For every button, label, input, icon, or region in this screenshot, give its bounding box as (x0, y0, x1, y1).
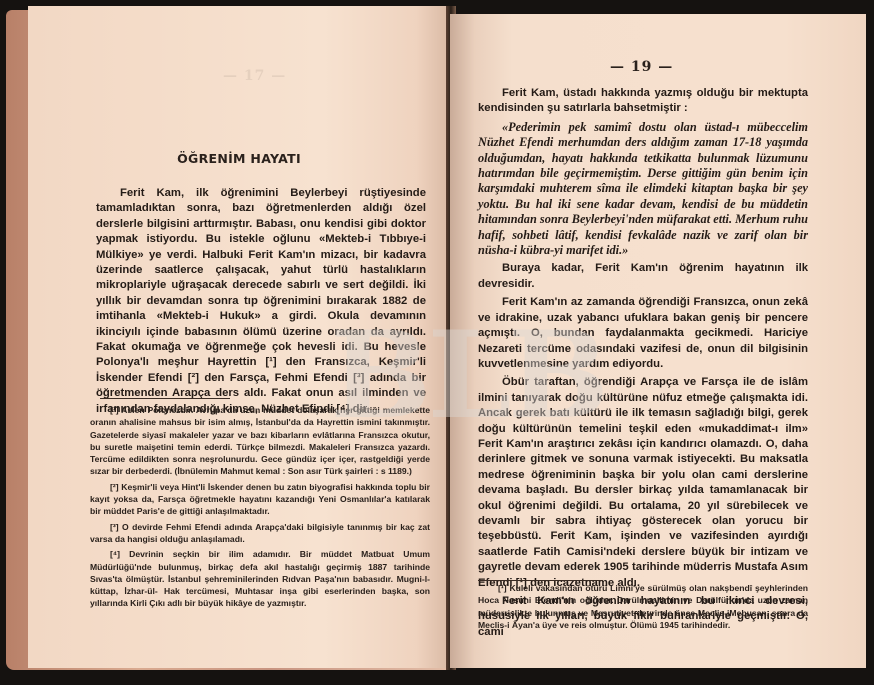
footnote-1: [¹] Kuleli vakasından ötürü Limni'ye sür… (478, 582, 808, 631)
left-footnotes: [¹] Aslen Polonezdir. Avrupa'da uzun müd… (90, 404, 430, 613)
paragraph: Ferit Kam, üstadı hakkında yazmış olduğu… (478, 86, 808, 117)
paragraph: Ferit Kam'ın az zamanda öğrendiği Fransı… (478, 295, 808, 372)
footnote-4: [⁴] Devrinin seçkin bir ilim adamıdır. B… (90, 548, 430, 609)
footnote-rule (100, 398, 230, 399)
left-page: — 17 — ÖĞRENİM HAYATI Ferit Kam, ilk öğr… (28, 6, 450, 668)
quote-paragraph: «Pederimin pek samimî dostu olan üstad-ı… (478, 120, 808, 259)
footnote-1: [¹] Aslen Polonezdir. Avrupa'da uzun müd… (90, 404, 430, 478)
right-page: — 19 — Ferit Kam, üstadı hakkında yazmış… (450, 14, 866, 668)
page-number: — 19 — (610, 59, 673, 75)
paragraph: Buraya kadar, Ferit Kam'ın öğrenim hayat… (478, 261, 808, 292)
chapter-title: ÖĞRENİM HAYATI (28, 151, 450, 166)
left-running-header: — 17 — (223, 68, 286, 84)
paragraph: Ferit Kam, ilk öğrenimini Beylerbeyi rüş… (96, 186, 426, 417)
right-body-text: Ferit Kam, üstadı hakkında yazmış olduğu… (478, 86, 808, 640)
paragraph: Öbür taraftan, öğrendiği Arapça ve Farsç… (478, 375, 808, 591)
footnote-rule (478, 580, 603, 581)
right-footnotes: [¹] Kuleli vakasından ötürü Limni'ye sür… (478, 582, 808, 634)
footnote-3: [³] O devirde Fehmi Efendi adında Arapça… (90, 521, 430, 546)
left-body-text: Ferit Kam, ilk öğrenimini Beylerbeyi rüş… (96, 186, 426, 417)
footnote-2: [²] Keşmir'li veya Hint'li İskender dene… (90, 481, 430, 518)
